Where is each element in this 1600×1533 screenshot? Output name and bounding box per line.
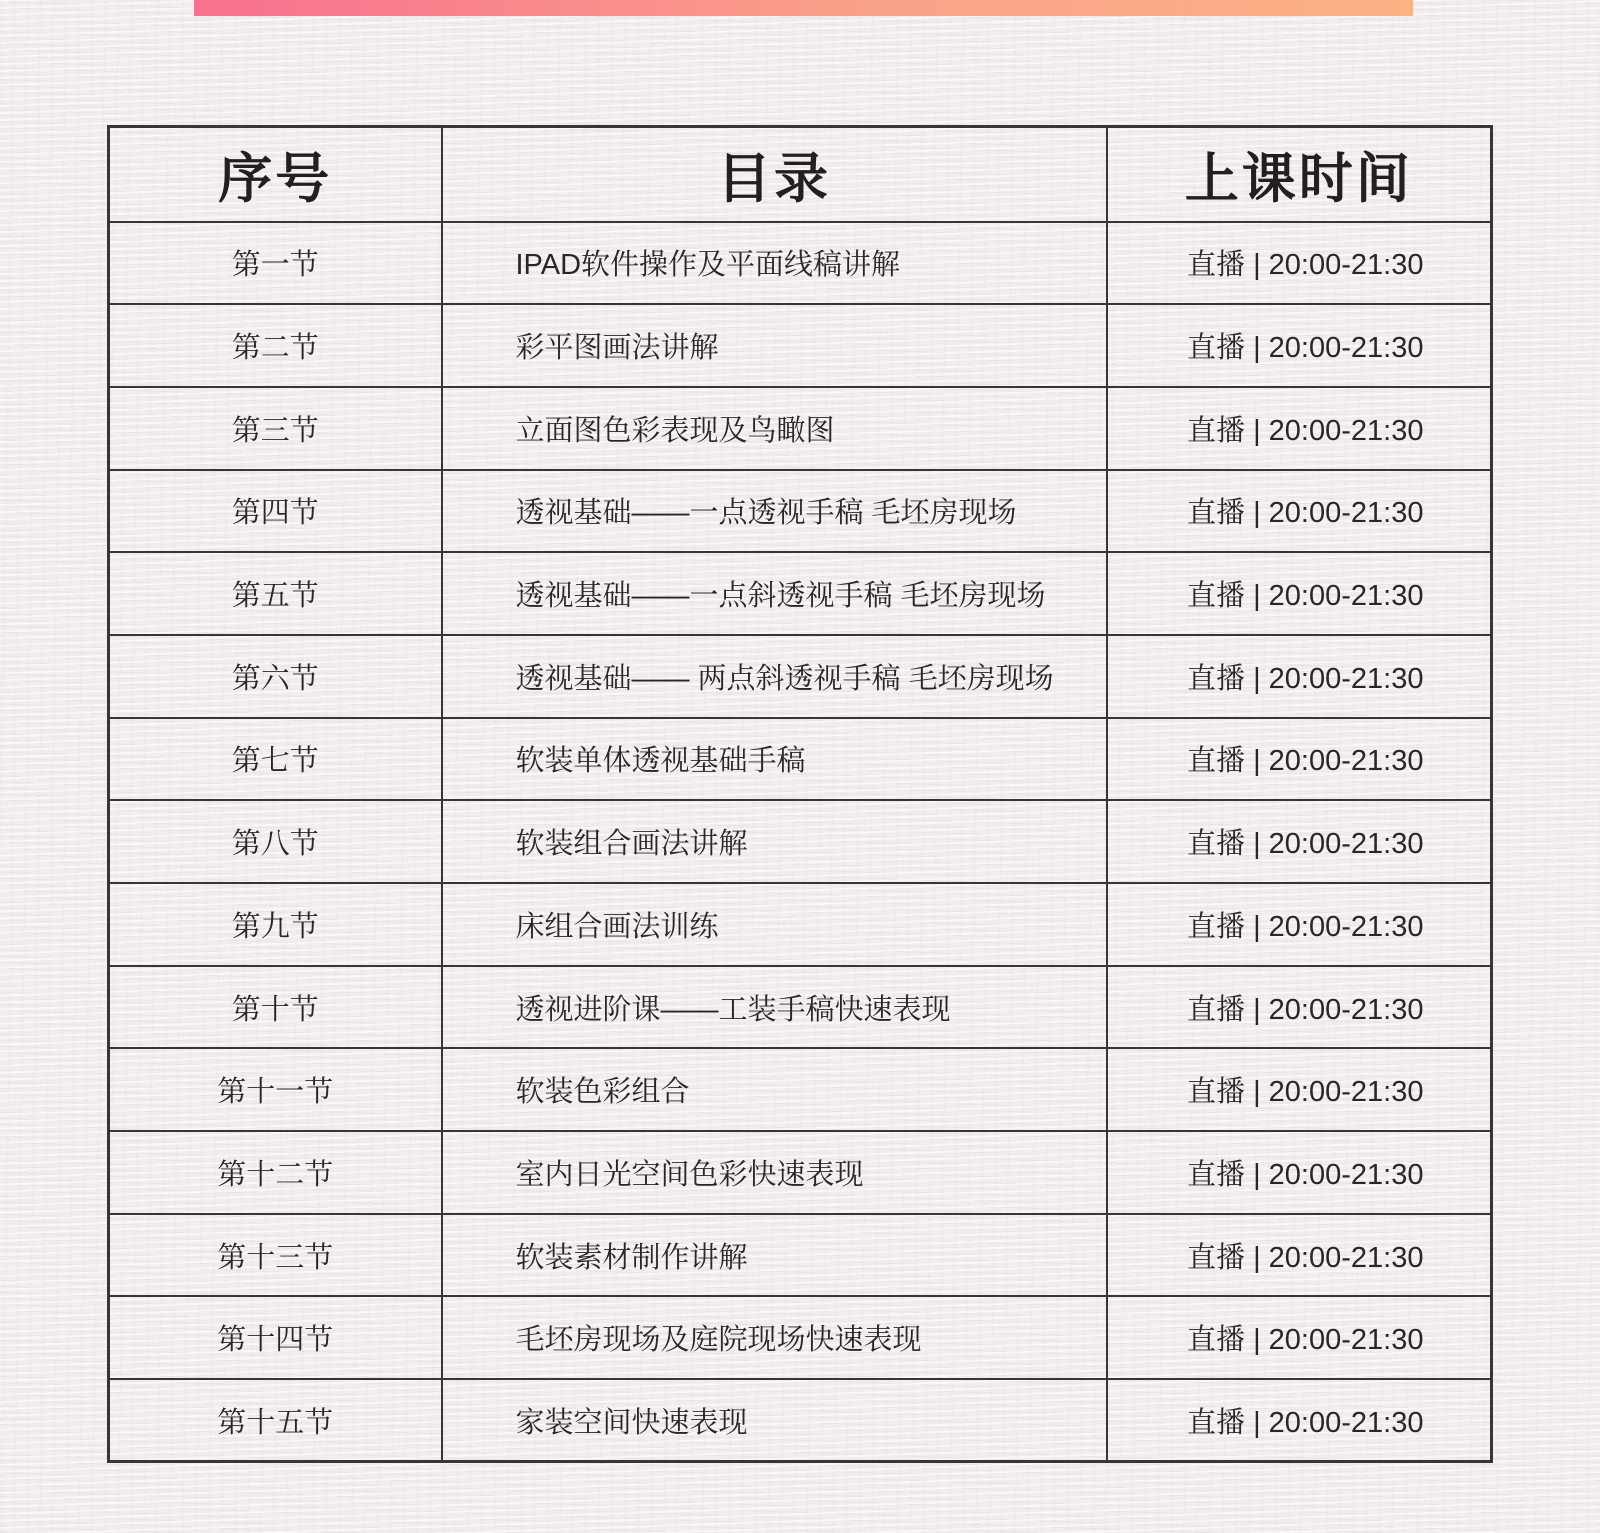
top-accent-bar (194, 0, 1413, 16)
row-number-cell: 第十节 (109, 966, 442, 1049)
row-number-cell: 第八节 (109, 800, 442, 883)
table-row: 第十一节 软装色彩组合 直播 | 20:00-21:30 (109, 1048, 1492, 1131)
class-time-cell: 直播 | 20:00-21:30 (1107, 1131, 1492, 1214)
course-title-cell: 彩平图画法讲解 (442, 304, 1107, 387)
row-number-cell: 第二节 (109, 304, 442, 387)
table-row: 第十三节 软装素材制作讲解 直播 | 20:00-21:30 (109, 1214, 1492, 1297)
class-time-cell: 直播 | 20:00-21:30 (1107, 1048, 1492, 1131)
row-number-cell: 第七节 (109, 718, 442, 801)
course-title-cell: 床组合画法训练 (442, 883, 1107, 966)
table-row: 第十二节 室内日光空间色彩快速表现 直播 | 20:00-21:30 (109, 1131, 1492, 1214)
table-row: 第一节 IPAD软件操作及平面线稿讲解 直播 | 20:00-21:30 (109, 222, 1492, 305)
row-number-cell: 第十三节 (109, 1214, 442, 1297)
row-number-cell: 第五节 (109, 552, 442, 635)
course-title-cell: 透视进阶课——工装手稿快速表现 (442, 966, 1107, 1049)
course-title-cell: 软装单体透视基础手稿 (442, 718, 1107, 801)
course-title-cell: 室内日光空间色彩快速表现 (442, 1131, 1107, 1214)
table-row: 第五节 透视基础——一点斜透视手稿 毛坯房现场 直播 | 20:00-21:30 (109, 552, 1492, 635)
row-number-cell: 第三节 (109, 387, 442, 470)
course-title-cell: 软装色彩组合 (442, 1048, 1107, 1131)
course-title-cell: 家装空间快速表现 (442, 1379, 1107, 1462)
class-time-cell: 直播 | 20:00-21:30 (1107, 966, 1492, 1049)
row-number-cell: 第十四节 (109, 1296, 442, 1379)
row-number-cell: 第十五节 (109, 1379, 442, 1462)
class-time-cell: 直播 | 20:00-21:30 (1107, 1214, 1492, 1297)
row-number-cell: 第四节 (109, 470, 442, 553)
course-title-cell: 透视基础——一点斜透视手稿 毛坯房现场 (442, 552, 1107, 635)
table-row: 第十五节 家装空间快速表现 直播 | 20:00-21:30 (109, 1379, 1492, 1462)
course-title-cell: 透视基础—— 两点斜透视手稿 毛坯房现场 (442, 635, 1107, 718)
class-time-cell: 直播 | 20:00-21:30 (1107, 222, 1492, 305)
class-time-cell: 直播 | 20:00-21:30 (1107, 387, 1492, 470)
class-time-cell: 直播 | 20:00-21:30 (1107, 635, 1492, 718)
table-row: 第十节 透视进阶课——工装手稿快速表现 直播 | 20:00-21:30 (109, 966, 1492, 1049)
course-schedule-table-wrap: 序号 目录 上课时间 第一节 IPAD软件操作及平面线稿讲解 直播 | 20:0… (107, 125, 1490, 1463)
row-number-cell: 第十一节 (109, 1048, 442, 1131)
class-time-cell: 直播 | 20:00-21:30 (1107, 470, 1492, 553)
table-row: 第九节 床组合画法训练 直播 | 20:00-21:30 (109, 883, 1492, 966)
course-schedule-table: 序号 目录 上课时间 第一节 IPAD软件操作及平面线稿讲解 直播 | 20:0… (107, 125, 1493, 1463)
course-title-cell: 软装组合画法讲解 (442, 800, 1107, 883)
class-time-cell: 直播 | 20:00-21:30 (1107, 718, 1492, 801)
header-number: 序号 (109, 127, 442, 222)
table-row: 第三节 立面图色彩表现及鸟瞰图 直播 | 20:00-21:30 (109, 387, 1492, 470)
course-title-cell: IPAD软件操作及平面线稿讲解 (442, 222, 1107, 305)
row-number-cell: 第九节 (109, 883, 442, 966)
course-title-cell: 毛坯房现场及庭院现场快速表现 (442, 1296, 1107, 1379)
class-time-cell: 直播 | 20:00-21:30 (1107, 883, 1492, 966)
row-number-cell: 第十二节 (109, 1131, 442, 1214)
course-title-cell: 透视基础——一点透视手稿 毛坯房现场 (442, 470, 1107, 553)
class-time-cell: 直播 | 20:00-21:30 (1107, 800, 1492, 883)
table-row: 第二节 彩平图画法讲解 直播 | 20:00-21:30 (109, 304, 1492, 387)
row-number-cell: 第六节 (109, 635, 442, 718)
table-row: 第六节 透视基础—— 两点斜透视手稿 毛坯房现场 直播 | 20:00-21:3… (109, 635, 1492, 718)
table-row: 第四节 透视基础——一点透视手稿 毛坯房现场 直播 | 20:00-21:30 (109, 470, 1492, 553)
row-number-cell: 第一节 (109, 222, 442, 305)
class-time-cell: 直播 | 20:00-21:30 (1107, 304, 1492, 387)
table-row: 第十四节 毛坯房现场及庭院现场快速表现 直播 | 20:00-21:30 (109, 1296, 1492, 1379)
course-title-cell: 软装素材制作讲解 (442, 1214, 1107, 1297)
table-header-row: 序号 目录 上课时间 (109, 127, 1492, 222)
class-time-cell: 直播 | 20:00-21:30 (1107, 552, 1492, 635)
course-title-cell: 立面图色彩表现及鸟瞰图 (442, 387, 1107, 470)
header-catalog: 目录 (442, 127, 1107, 222)
class-time-cell: 直播 | 20:00-21:30 (1107, 1379, 1492, 1462)
table-row: 第八节 软装组合画法讲解 直播 | 20:00-21:30 (109, 800, 1492, 883)
class-time-cell: 直播 | 20:00-21:30 (1107, 1296, 1492, 1379)
course-schedule-page: { "page": { "background_color": "#f1edee… (0, 0, 1600, 1533)
header-class-time: 上课时间 (1107, 127, 1492, 222)
table-row: 第七节 软装单体透视基础手稿 直播 | 20:00-21:30 (109, 718, 1492, 801)
